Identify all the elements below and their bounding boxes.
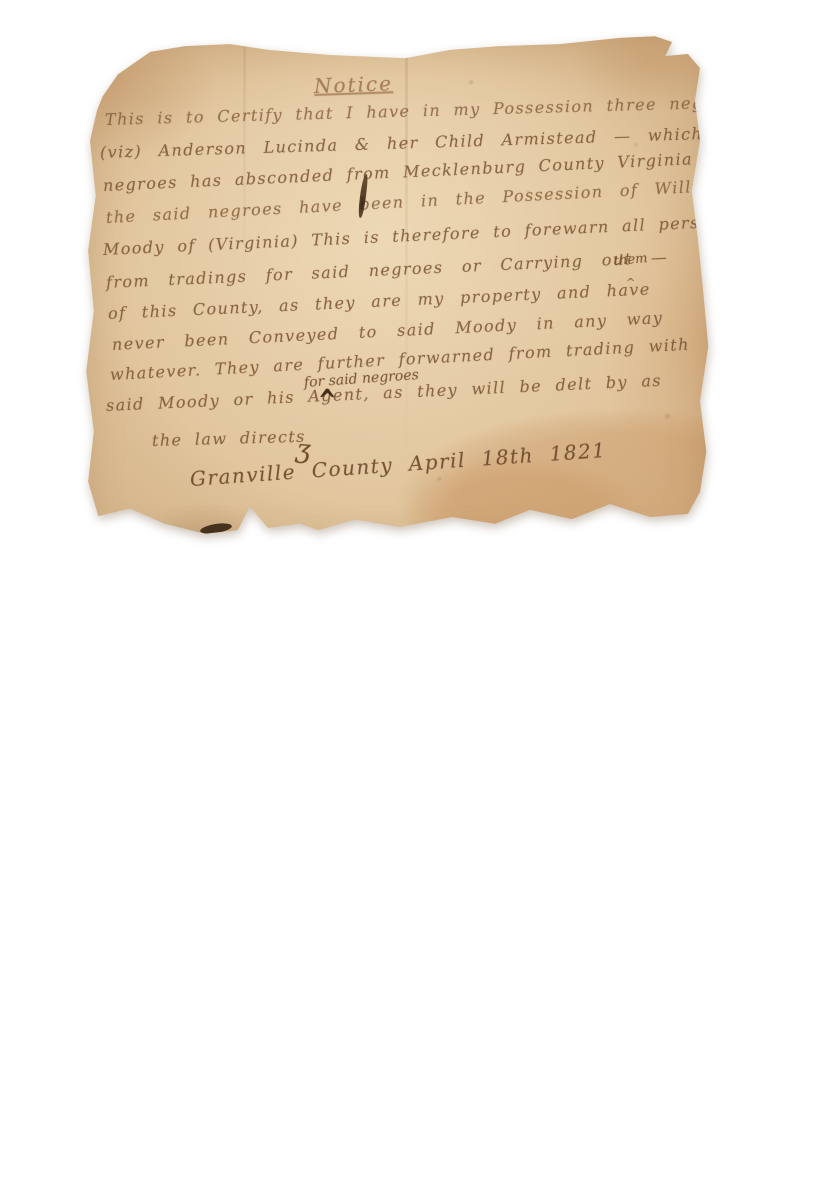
paper-sheet: Notice This is to Certify that I have in…: [78, 30, 712, 552]
interlinear-insertion: them: [613, 251, 648, 269]
manuscript-line: This is to Certify that I have in my Pos…: [105, 92, 745, 129]
manuscript-photo: Notice This is to Certify that I have in…: [78, 30, 712, 552]
photo-background: Notice This is to Certify that I have in…: [0, 0, 819, 1197]
manuscript-line: the law directs: [152, 427, 306, 450]
insertion-caret-icon: ^: [626, 276, 635, 289]
insertion-caret-icon: ^: [318, 383, 336, 418]
ink-blot: [199, 522, 232, 536]
document-title: Notice: [314, 71, 394, 98]
